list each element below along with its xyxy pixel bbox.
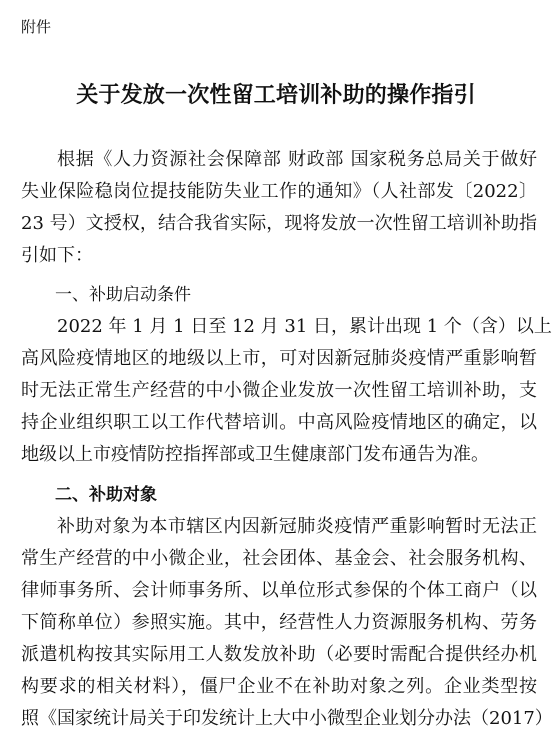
- section-2-line: 照《国家统计局关于印发统计上大中小微型企业划分办法（2017）: [21, 703, 537, 735]
- section-1-line: 持企业组织职工以工作代替培训。中高风险疫情地区的确定，以: [21, 407, 537, 439]
- section-2-line: 构要求的相关材料），僵尸企业不在补助对象之列。企业类型按: [21, 671, 537, 703]
- section-2-line: 常生产经营的中小微企业，社会团体、基金会、社会服务机构、: [21, 543, 537, 575]
- section-heading-2: 二、补助对象: [55, 479, 157, 511]
- intro-line: 失业保险稳岗位提技能防失业工作的通知》（人社部发〔2022〕: [21, 176, 537, 208]
- section-1-line: 2022 年 1 月 1 日至 12 月 31 日，累计出现 1 个（含）以上中: [57, 311, 537, 343]
- section-2-line: 下简称单位）参照实施。其中，经营性人力资源服务机构、劳务: [21, 607, 537, 639]
- intro-line: 引如下：: [21, 240, 537, 272]
- section-1-line: 高风险疫情地区的地级以上市，可对因新冠肺炎疫情严重影响暂: [21, 343, 537, 375]
- document-title: 关于发放一次性留工培训补助的操作指引: [0, 80, 552, 110]
- section-heading-1: 一、补助启动条件: [55, 279, 191, 311]
- section-2-line: 补助对象为本市辖区内因新冠肺炎疫情严重影响暂时无法正: [57, 511, 537, 543]
- section-1-line: 地级以上市疫情防控指挥部或卫生健康部门发布通告为准。: [21, 439, 537, 471]
- document-page: 附件 关于发放一次性留工培训补助的操作指引 根据《人力资源社会保障部 财政部 国…: [0, 0, 552, 754]
- intro-line: 23 号）文授权，结合我省实际，现将发放一次性留工培训补助指: [21, 208, 537, 240]
- section-2-line: 派遣机构按其实际用工人数发放补助（必要时需配合提供经办机: [21, 639, 537, 671]
- intro-line: 根据《人力资源社会保障部 财政部 国家税务总局关于做好: [57, 144, 537, 176]
- section-2-line: 律师事务所、会计师事务所、以单位形式参保的个体工商户（以: [21, 575, 537, 607]
- attachment-label: 附件: [21, 15, 51, 39]
- section-1-line: 时无法正常生产经营的中小微企业发放一次性留工培训补助，支: [21, 375, 537, 407]
